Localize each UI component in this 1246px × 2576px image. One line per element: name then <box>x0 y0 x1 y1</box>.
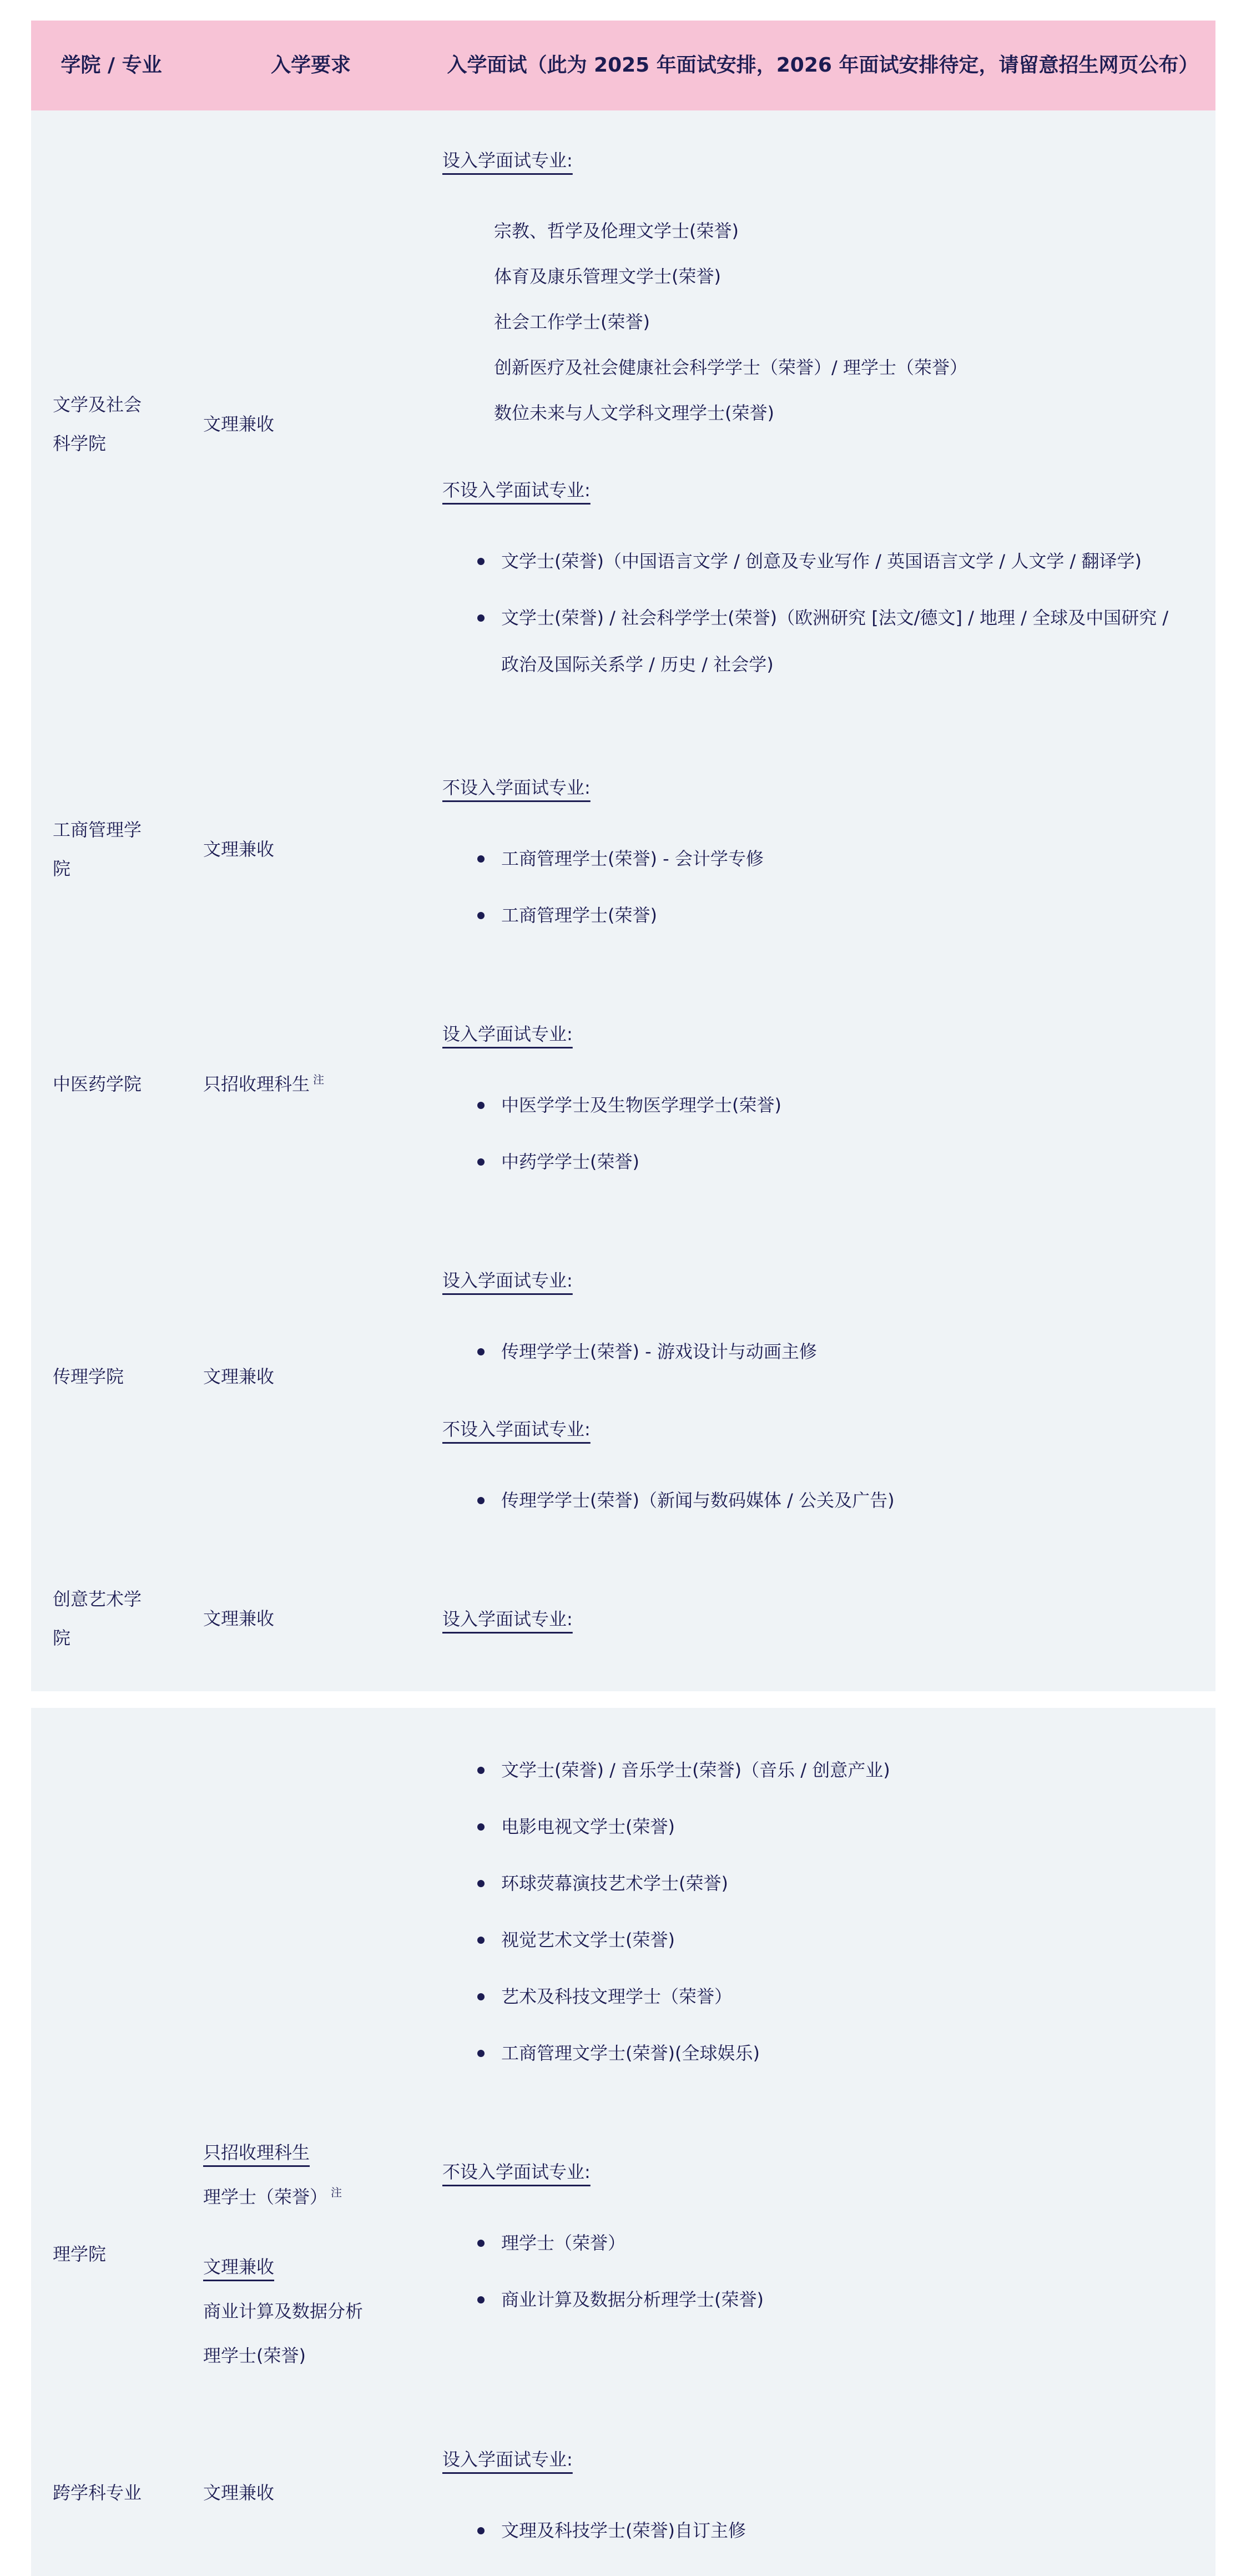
requirement-line: 只招收理科生注 <box>203 1062 371 1106</box>
interview-section: 不设入学面试专业:工商管理学士(荣誉) - 会计学专修工商管理学士(荣誉) <box>442 764 1181 939</box>
interview-cell: 设入学面试专业:传理学学士(荣誉) - 游戏设计与动画主修不设入学面试专业:传理… <box>430 1207 1215 1546</box>
bullet-icon <box>477 1880 485 1887</box>
program-item: 中医学学士及生物医学理学士(荣誉) <box>442 1082 1181 1128</box>
table-row: 理学院只招收理科生理学士（荣誉）注文理兼收商业计算及数据分析理学士(荣誉)不设入… <box>31 2099 1215 2409</box>
interview-section-heading: 设入学面试专业: <box>442 1257 1181 1304</box>
interview-section: 文学士(荣誉) / 音乐学士(荣誉)（音乐 / 创意产业)电影电视文学士(荣誉)… <box>442 1747 1181 2076</box>
requirements-cell: 文理兼收 <box>191 1546 430 1691</box>
program-item-text: 艺术及科技文理学士（荣誉） <box>501 1973 1181 2020</box>
interview-section-heading: 不设入学面试专业: <box>442 764 1181 811</box>
requirements-cell: 文理兼收 <box>191 110 430 738</box>
program-item: 商业计算及数据分析理学士(荣誉) <box>442 2276 1181 2323</box>
interview-section-heading: 设入学面试专业: <box>442 1596 1181 1642</box>
program-item: 文理及科技学士(荣誉)自订主修 <box>442 2507 1181 2554</box>
program-item: 数位未来与人文学科文理学士(荣誉) <box>442 390 1181 436</box>
college-name: 工商管理学院 <box>53 810 152 888</box>
program-list: 文学士(荣誉) / 音乐学士(荣誉)（音乐 / 创意产业)电影电视文学士(荣誉)… <box>442 1747 1181 2076</box>
program-item: 电影电视文学士(荣誉) <box>442 1803 1181 1850</box>
program-list: 中医学学士及生物医学理学士(荣誉)中药学学士(荣誉) <box>442 1082 1181 1185</box>
interview-section-heading-text: 设入学面试专业: <box>442 2449 573 2470</box>
interview-section-heading: 不设入学面试专业: <box>442 1406 1181 1453</box>
program-item: 视觉艺术文学士(荣誉) <box>442 1917 1181 1963</box>
college-name: 跨学科专业 <box>53 2473 152 2512</box>
interview-cell: 不设入学面试专业:工商管理学士(荣誉) - 会计学专修工商管理学士(荣誉) <box>430 738 1215 961</box>
table-row: 传理学院文理兼收设入学面试专业:传理学学士(荣誉) - 游戏设计与动画主修不设入… <box>31 1207 1215 1546</box>
requirements-cell: 文理兼收 <box>191 2409 430 2576</box>
college-cell: 传理学院 <box>31 1207 191 1546</box>
program-item: 体育及康乐管理文学士(荣誉) <box>442 254 1181 299</box>
college-name: 创意艺术学院 <box>53 1580 152 1657</box>
program-item-text: 文理及科技学士(荣誉)自订主修 <box>501 2507 1181 2554</box>
college-name: 理学院 <box>53 2235 152 2273</box>
college-cell: 中医药学院 <box>31 961 191 1207</box>
interview-section: 设入学面试专业: <box>442 1596 1181 1642</box>
header-requirements-column: 入学要求 <box>191 52 430 79</box>
requirement-group: 文理兼收 <box>203 402 371 446</box>
program-item-text: 工商管理学士(荣誉) - 会计学专修 <box>501 835 1181 882</box>
requirement-text: 文理兼收 <box>203 2256 274 2277</box>
requirement-text: 文理兼收 <box>203 414 274 435</box>
program-item-text: 环球荧幕演技艺术学士(荣誉) <box>501 1860 1181 1907</box>
requirement-line: 文理兼收 <box>203 2471 371 2515</box>
bullet-icon <box>477 558 485 565</box>
college-cell: 跨学科专业 <box>31 2409 191 2576</box>
interview-cell: 设入学面试专业:宗教、哲学及伦理文学士(荣誉)体育及康乐管理文学士(荣誉)社会工… <box>430 110 1215 738</box>
interview-section-heading: 不设入学面试专业: <box>442 467 1181 513</box>
table-row: 中医药学院只招收理科生注设入学面试专业:中医学学士及生物医学理学士(荣誉)中药学… <box>31 961 1215 1207</box>
program-item-text: 文学士(荣誉) / 音乐学士(荣誉)（音乐 / 创意产业) <box>501 1747 1181 1793</box>
interview-section-heading-text: 设入学面试专业: <box>442 150 573 171</box>
program-item: 文学士(荣誉) / 社会科学学士(荣誉)（欧洲研究 [法文/德文] / 地理 /… <box>442 594 1181 688</box>
interview-section-heading-text: 不设入学面试专业: <box>442 777 591 798</box>
program-item: 工商管理文学士(荣誉)(全球娱乐) <box>442 2030 1181 2076</box>
bullet-icon <box>477 855 485 863</box>
program-item: 艺术及科技文理学士（荣誉） <box>442 1973 1181 2020</box>
program-item: 环球荧幕演技艺术学士(荣誉) <box>442 1860 1181 1907</box>
bullet-icon <box>477 614 485 622</box>
bullet-icon <box>477 1937 485 1944</box>
requirement-line: 理学士（荣誉）注 <box>203 2175 371 2219</box>
program-list: 文理及科技学士(荣誉)自订主修 <box>442 2507 1181 2554</box>
table-row: 文学士(荣誉) / 音乐学士(荣誉)（音乐 / 创意产业)电影电视文学士(荣誉)… <box>31 1708 1215 2099</box>
requirement-line: 文理兼收 <box>203 1596 371 1641</box>
program-item-text: 工商管理文学士(荣誉)(全球娱乐) <box>501 2030 1181 2076</box>
interview-section-heading-text: 不设入学面试专业: <box>442 2161 591 2182</box>
program-item: 文学士(荣誉)（中国语言文学 / 创意及专业写作 / 英国语言文学 / 人文学 … <box>442 538 1181 584</box>
program-item-text: 中医学学士及生物医学理学士(荣誉) <box>501 1082 1181 1128</box>
bullet-icon <box>477 1348 485 1355</box>
admissions-table-block-2: 文学士(荣誉) / 音乐学士(荣誉)（音乐 / 创意产业)电影电视文学士(荣誉)… <box>31 1708 1215 2576</box>
bullet-icon <box>477 912 485 919</box>
requirement-line: 只招收理科生 <box>203 2130 371 2175</box>
college-cell: 创意艺术学院 <box>31 1546 191 1691</box>
requirement-group: 文理兼收 <box>203 1596 371 1641</box>
requirement-text: 文理兼收 <box>203 1366 274 1387</box>
bullet-icon <box>477 1102 485 1109</box>
program-item: 工商管理学士(荣誉) <box>442 892 1181 939</box>
college-cell: 理学院 <box>31 2099 191 2409</box>
interview-section: 不设入学面试专业:传理学学士(荣誉)（新闻与数码媒体 / 公关及广告) <box>442 1406 1181 1524</box>
program-item-text: 文学士(荣誉) / 社会科学学士(荣誉)（欧洲研究 [法文/德文] / 地理 /… <box>501 594 1181 688</box>
interview-section-heading: 设入学面试专业: <box>442 1011 1181 1057</box>
program-item: 传理学学士(荣誉)（新闻与数码媒体 / 公关及广告) <box>442 1477 1181 1524</box>
college-name: 文学及社会科学院 <box>53 385 152 463</box>
program-item: 社会工作学士(荣誉) <box>442 299 1181 345</box>
requirement-text: 文理兼收 <box>203 1608 274 1629</box>
college-cell: 工商管理学院 <box>31 738 191 961</box>
program-item: 工商管理学士(荣誉) - 会计学专修 <box>442 835 1181 882</box>
interview-section: 设入学面试专业:中医学学士及生物医学理学士(荣誉)中药学学士(荣誉) <box>442 1011 1181 1185</box>
table-body-2: 文学士(荣誉) / 音乐学士(荣誉)（音乐 / 创意产业)电影电视文学士(荣誉)… <box>31 1708 1215 2576</box>
bullet-icon <box>477 1497 485 1504</box>
requirement-group: 只招收理科生理学士（荣誉）注 <box>203 2130 371 2219</box>
interview-section: 设入学面试专业:宗教、哲学及伦理文学士(荣誉)体育及康乐管理文学士(荣誉)社会工… <box>442 137 1181 436</box>
interview-cell: 设入学面试专业:中医学学士及生物医学理学士(荣誉)中药学学士(荣誉) <box>430 961 1215 1207</box>
interview-section-heading-text: 不设入学面试专业: <box>442 1419 591 1440</box>
interview-section-heading-text: 不设入学面试专业: <box>442 480 591 501</box>
requirements-cell: 文理兼收 <box>191 1207 430 1546</box>
requirement-line: 文理兼收 <box>203 827 371 871</box>
program-item-text: 电影电视文学士(荣誉) <box>501 1803 1181 1850</box>
requirements-cell: 只招收理科生理学士（荣誉）注文理兼收商业计算及数据分析理学士(荣誉) <box>191 2099 430 2409</box>
requirements-cell <box>191 1708 430 2099</box>
program-list: 传理学学士(荣誉) - 游戏设计与动画主修 <box>442 1328 1181 1375</box>
requirement-text: 只招收理科生 <box>203 2142 310 2163</box>
bullet-icon <box>477 2296 485 2303</box>
program-item: 理学士（荣誉） <box>442 2220 1181 2266</box>
requirement-group: 只招收理科生注 <box>203 1062 371 1106</box>
header-interview-column: 入学面试（此为 2025 年面试安排，2026 年面试安排待定，请留意招生网页公… <box>430 52 1215 79</box>
table-row: 跨学科专业文理兼收设入学面试专业:文理及科技学士(荣誉)自订主修 <box>31 2409 1215 2576</box>
requirements-cell: 只招收理科生注 <box>191 961 430 1207</box>
program-item-text: 传理学学士(荣誉)（新闻与数码媒体 / 公关及广告) <box>501 1477 1181 1524</box>
requirements-cell: 文理兼收 <box>191 738 430 961</box>
requirement-group: 文理兼收 <box>203 827 371 871</box>
interview-cell: 设入学面试专业: <box>430 1546 1215 1691</box>
requirement-text: 商业计算及数据分析理学士(荣誉) <box>203 2301 363 2366</box>
program-list: 工商管理学士(荣誉) - 会计学专修工商管理学士(荣誉) <box>442 835 1181 939</box>
footnote-marker: 注 <box>313 1073 324 1086</box>
requirement-text: 文理兼收 <box>203 2482 274 2503</box>
table-row: 工商管理学院文理兼收不设入学面试专业:工商管理学士(荣誉) - 会计学专修工商管… <box>31 738 1215 961</box>
program-item: 传理学学士(荣誉) - 游戏设计与动画主修 <box>442 1328 1181 1375</box>
program-list: 文学士(荣誉)（中国语言文学 / 创意及专业写作 / 英国语言文学 / 人文学 … <box>442 538 1181 688</box>
program-list: 传理学学士(荣誉)（新闻与数码媒体 / 公关及广告) <box>442 1477 1181 1524</box>
interview-section-heading-text: 设入学面试专业: <box>442 1270 573 1291</box>
interview-cell: 文学士(荣誉) / 音乐学士(荣誉)（音乐 / 创意产业)电影电视文学士(荣誉)… <box>430 1708 1215 2099</box>
bullet-icon <box>477 2240 485 2247</box>
interview-section-heading: 设入学面试专业: <box>442 137 1181 184</box>
table-header-row: 学院 / 专业 入学要求 入学面试（此为 2025 年面试安排，2026 年面试… <box>31 21 1215 110</box>
requirement-line: 商业计算及数据分析理学士(荣誉) <box>203 2289 371 2378</box>
college-name: 传理学院 <box>53 1357 152 1396</box>
interview-section: 设入学面试专业:传理学学士(荣誉) - 游戏设计与动画主修 <box>442 1257 1181 1375</box>
table-row: 创意艺术学院文理兼收设入学面试专业: <box>31 1546 1215 1691</box>
interview-section: 不设入学面试专业:文学士(荣誉)（中国语言文学 / 创意及专业写作 / 英国语言… <box>442 467 1181 688</box>
footnote-marker: 注 <box>331 2186 342 2199</box>
program-item-text: 工商管理学士(荣誉) <box>501 892 1181 939</box>
bullet-icon <box>477 2527 485 2534</box>
program-item: 中药学学士(荣誉) <box>442 1138 1181 1185</box>
admissions-table-block-1: 学院 / 专业 入学要求 入学面试（此为 2025 年面试安排，2026 年面试… <box>31 21 1215 1691</box>
table-row: 文学及社会科学院文理兼收设入学面试专业:宗教、哲学及伦理文学士(荣誉)体育及康乐… <box>31 110 1215 738</box>
table-body-1: 文学及社会科学院文理兼收设入学面试专业:宗教、哲学及伦理文学士(荣誉)体育及康乐… <box>31 110 1215 1691</box>
requirement-text: 文理兼收 <box>203 839 274 860</box>
bullet-icon <box>477 1767 485 1774</box>
requirement-group: 文理兼收 <box>203 2471 371 2515</box>
program-list: 理学士（荣誉）商业计算及数据分析理学士(荣誉) <box>442 2220 1181 2323</box>
interview-section-heading-text: 设入学面试专业: <box>442 1024 573 1045</box>
interview-cell: 不设入学面试专业:理学士（荣誉）商业计算及数据分析理学士(荣誉) <box>430 2099 1215 2409</box>
program-item-text: 视觉艺术文学士(荣誉) <box>501 1917 1181 1963</box>
bullet-icon <box>477 1823 485 1831</box>
college-name: 中医药学院 <box>53 1065 152 1103</box>
program-item: 文学士(荣誉) / 音乐学士(荣誉)（音乐 / 创意产业) <box>442 1747 1181 1793</box>
interview-section-heading: 设入学面试专业: <box>442 2436 1181 2483</box>
interview-section-heading-text: 设入学面试专业: <box>442 1609 573 1630</box>
bullet-icon <box>477 1993 485 2000</box>
program-item-text: 商业计算及数据分析理学士(荣誉) <box>501 2276 1181 2323</box>
college-cell: 文学及社会科学院 <box>31 110 191 738</box>
interview-section: 不设入学面试专业:理学士（荣誉）商业计算及数据分析理学士(荣誉) <box>442 2149 1181 2323</box>
bullet-icon <box>477 2050 485 2057</box>
requirement-text: 只招收理科生 <box>203 1073 310 1095</box>
interview-section: 设入学面试专业:文理及科技学士(荣誉)自订主修 <box>442 2436 1181 2554</box>
program-list: 宗教、哲学及伦理文学士(荣誉)体育及康乐管理文学士(荣誉)社会工作学士(荣誉)创… <box>442 208 1181 436</box>
interview-cell: 设入学面试专业:文理及科技学士(荣誉)自订主修 <box>430 2409 1215 2576</box>
program-item-text: 中药学学士(荣誉) <box>501 1138 1181 1185</box>
program-item: 宗教、哲学及伦理文学士(荣誉) <box>442 208 1181 254</box>
requirement-line: 文理兼收 <box>203 402 371 446</box>
requirement-group: 文理兼收 <box>203 1354 371 1399</box>
requirement-group: 文理兼收商业计算及数据分析理学士(荣誉) <box>203 2245 371 2378</box>
requirement-text: 理学士（荣誉） <box>203 2186 327 2207</box>
college-cell <box>31 1708 191 2099</box>
bullet-icon <box>477 1158 485 1166</box>
interview-section-heading: 不设入学面试专业: <box>442 2149 1181 2195</box>
requirement-line: 文理兼收 <box>203 1354 371 1399</box>
program-item-text: 传理学学士(荣誉) - 游戏设计与动画主修 <box>501 1328 1181 1375</box>
requirement-line: 文理兼收 <box>203 2245 371 2289</box>
program-item: 创新医疗及社会健康社会科学学士（荣誉）/ 理学士（荣誉） <box>442 345 1181 390</box>
program-item-text: 文学士(荣誉)（中国语言文学 / 创意及专业写作 / 英国语言文学 / 人文学 … <box>501 538 1181 584</box>
program-item-text: 理学士（荣誉） <box>501 2220 1181 2266</box>
header-college-column: 学院 / 专业 <box>31 52 191 79</box>
